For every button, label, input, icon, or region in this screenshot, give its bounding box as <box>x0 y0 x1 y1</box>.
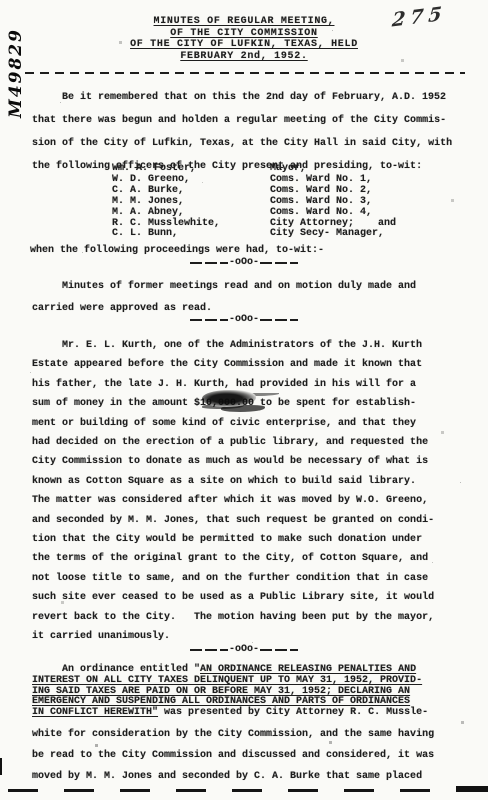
paragraph-line: white for consideration by the City Comm… <box>32 724 468 745</box>
paragraph-line: that there was begun and holden a regula… <box>32 109 462 132</box>
paragraph-line: Be it remembered that on this the 2nd da… <box>32 86 462 109</box>
ordinance-lead-in: An ordinance entitled " <box>62 664 200 675</box>
title-line: FEBRUARY 2nd, 1952. <box>0 51 488 63</box>
paragraph-line: revert back to the City. The motion havi… <box>32 608 462 627</box>
paragraph-line: had decided on the erection of a public … <box>32 433 462 452</box>
paragraph-line: not loose title to same, and on the furt… <box>32 569 462 588</box>
paragraph-line: moved by M. M. Jones and seconded by C. … <box>32 766 468 787</box>
ordinance-title-text: IN CONFLICT HEREWITH" <box>32 707 158 718</box>
separator-dash <box>260 649 298 651</box>
paragraph-line: the terms of the original grant to the C… <box>32 549 462 568</box>
section-separator: -oOo- <box>0 644 488 655</box>
paragraph-line: Mr. E. L. Kurth, one of the Administrato… <box>32 336 462 355</box>
paragraph-line: sion of the City of Lufkin, Texas, at th… <box>32 132 462 155</box>
separator-label: -oOo- <box>228 257 260 268</box>
officer-name: C. L. Bunn, <box>112 229 270 240</box>
separator-dash <box>190 262 228 264</box>
separator-dash <box>190 649 228 651</box>
officer-title: City Secy- Manager, <box>270 228 384 239</box>
ordinance-continuation-paragraph: white for consideration by the City Comm… <box>32 724 468 787</box>
paragraph-line: and seconded by M. M. Jones, that such r… <box>32 511 462 530</box>
paragraph-line: The matter was considered after which it… <box>32 491 462 510</box>
officer-row: C. L. Bunn,City Secy- Manager, <box>112 229 396 240</box>
scan-corner-mark <box>456 786 488 792</box>
paragraph-line: City Commission to donate as much as wou… <box>32 452 462 471</box>
section-separator: -oOo- <box>0 257 488 268</box>
scan-edge-tick <box>0 758 2 775</box>
officers-list: Wm. A. Foster,Mayor, W. D. Greeno,Coms. … <box>112 164 396 240</box>
separator-dash <box>190 319 228 321</box>
officer-title: Coms. Ward No. 4, <box>270 207 372 218</box>
document-title: MINUTES OF REGULAR MEETING, OF THE CITY … <box>0 16 488 62</box>
officer-title: City Attorney; and <box>270 218 396 229</box>
ordinance-title-text: AN ORDINANCE RELEASING PENALTIES AND <box>200 664 416 675</box>
proceedings-line: when the following proceedings were had,… <box>30 245 324 256</box>
paragraph-line: tion that the City would be permitted to… <box>32 530 462 549</box>
paragraph-line: such site ever ceased to be used as a Pu… <box>32 588 462 607</box>
title-line: MINUTES OF REGULAR MEETING, <box>0 16 488 28</box>
ordinance-title-text: INTEREST ON ALL CITY TAXES DELINQUENT UP… <box>32 676 472 687</box>
paragraph-line: Minutes of former meetings read and on m… <box>32 276 462 298</box>
separator-label: -oOo- <box>228 314 260 325</box>
officer-name: M. A. Abney, <box>112 208 270 219</box>
separator-dash <box>260 319 298 321</box>
paragraph-line: ment or building of some kind of civic e… <box>32 414 462 433</box>
dashed-rule <box>25 72 465 74</box>
officer-name: M. M. Jones, <box>112 197 270 208</box>
officer-title: Mayor, <box>270 163 306 174</box>
scan-edge-line <box>8 789 480 792</box>
paragraph-line: known as Cotton Square as a site on whic… <box>32 472 462 491</box>
paragraph-line: be read to the City Commission and discu… <box>32 745 468 766</box>
officer-title: Coms. Ward No. 3, <box>270 196 372 207</box>
separator-label: -oOo- <box>228 644 260 655</box>
title-line: OF THE CITY OF LUFKIN, TEXAS, HELD <box>0 39 488 51</box>
kurth-library-paragraph: Mr. E. L. Kurth, one of the Administrato… <box>32 336 462 647</box>
separator-dash <box>260 262 298 264</box>
officer-title: Coms. Ward No. 2, <box>270 185 372 196</box>
officer-title: Coms. Ward No. 1, <box>270 174 372 185</box>
ordinance-title-paragraph: An ordinance entitled "AN ORDINANCE RELE… <box>32 665 472 719</box>
scan-noise <box>0 0 1 1</box>
section-separator: -oOo- <box>0 314 488 325</box>
title-line: OF THE CITY COMMISSION <box>0 28 488 40</box>
ordinance-after-title: was presented by City Attorney R. C. Mus… <box>158 707 428 718</box>
paragraph-line: Estate appeared before the City Commissi… <box>32 355 462 374</box>
paragraph-line: IN CONFLICT HEREWITH" was presented by C… <box>32 708 472 719</box>
